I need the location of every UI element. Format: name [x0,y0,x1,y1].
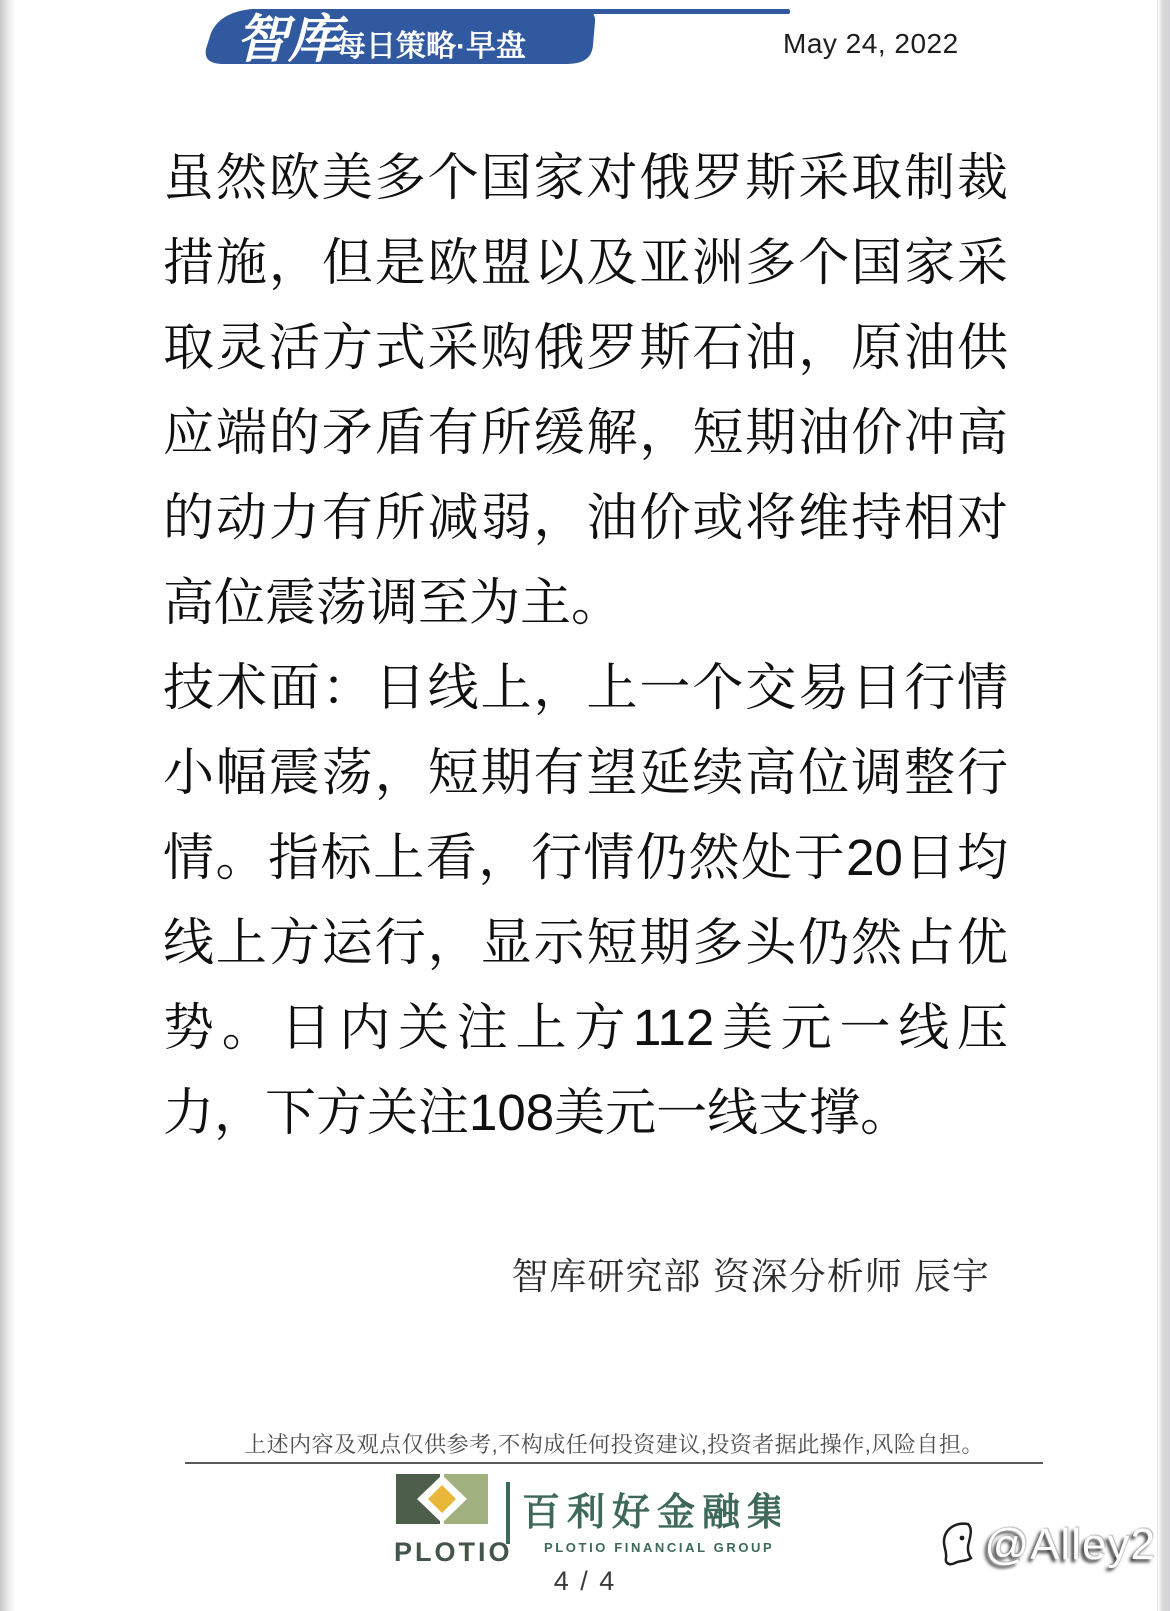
plotio-logo-mark [396,1474,488,1524]
body-line: 势。日内关注上方112美元一线压 [163,985,1008,1070]
disclaimer-text: 上述内容及观点仅供参考,不构成任何投资建议,投资者据此操作,风险自担。 [185,1428,1043,1459]
watermark-face-icon [938,1520,982,1570]
page-right-edge[interactable] [1157,0,1170,1611]
body-line: 措施，但是欧盟以及亚洲多个国家采 [163,220,1008,305]
body-line: 取灵活方式采购俄罗斯石油，原油供 [163,305,1008,390]
analyst-attribution: 智库研究部 资深分析师 辰宇 [163,1246,990,1300]
logo-sub: 每日策略·早盘 [336,30,526,63]
brand-name-cn: 百利好金融集團 [522,1492,780,1534]
logo-main: 智库 [236,12,349,69]
plotio-wordmark: PLOTIO [394,1537,513,1567]
report-date: May 24, 2022 [783,28,959,60]
body-line: 小幅震荡，短期有望延续高位调整行 [163,730,1008,815]
body-line: 的动力有所减弱，油价或将维持相对 [163,475,1008,560]
header-banner: 智库 每日策略·早盘 [0,0,1170,78]
body-line: 线上方运行，显示短期多头仍然占优 [163,900,1008,985]
body-line: 高位震荡调至为主。 [163,560,1008,645]
report-page: 智库 每日策略·早盘 May 24, 2022 虽然欧美多个国家对俄罗斯采取制裁… [0,0,1170,1611]
report-body: 虽然欧美多个国家对俄罗斯采取制裁 措施，但是欧盟以及亚洲多个国家采 取灵活方式采… [163,135,1008,1155]
brand-divider [506,1482,510,1544]
body-line: 情。指标上看，行情仍然处于20日均 [163,815,1008,900]
body-line: 虽然欧美多个国家对俄罗斯采取制裁 [163,135,1008,220]
body-line: 应端的矛盾有所缓解，短期油价冲高 [163,390,1008,475]
page-number: 4 / 4 [0,1566,1170,1597]
plotio-brand-logo: PLOTIO 百利好金融集團 PLOTIO FINANCIAL GROUP [388,1458,780,1570]
brand-name-en: PLOTIO FINANCIAL GROUP [544,1540,774,1555]
banner-top-line [556,9,790,14]
watermark: @Alley2 [938,1520,1156,1570]
page-left-edge [0,0,16,1611]
body-line: 力，下方关注108美元一线支撑。 [163,1070,1008,1155]
watermark-text: @Alley2 [984,1520,1156,1570]
body-line: 技术面：日线上，上一个交易日行情 [163,645,1008,730]
